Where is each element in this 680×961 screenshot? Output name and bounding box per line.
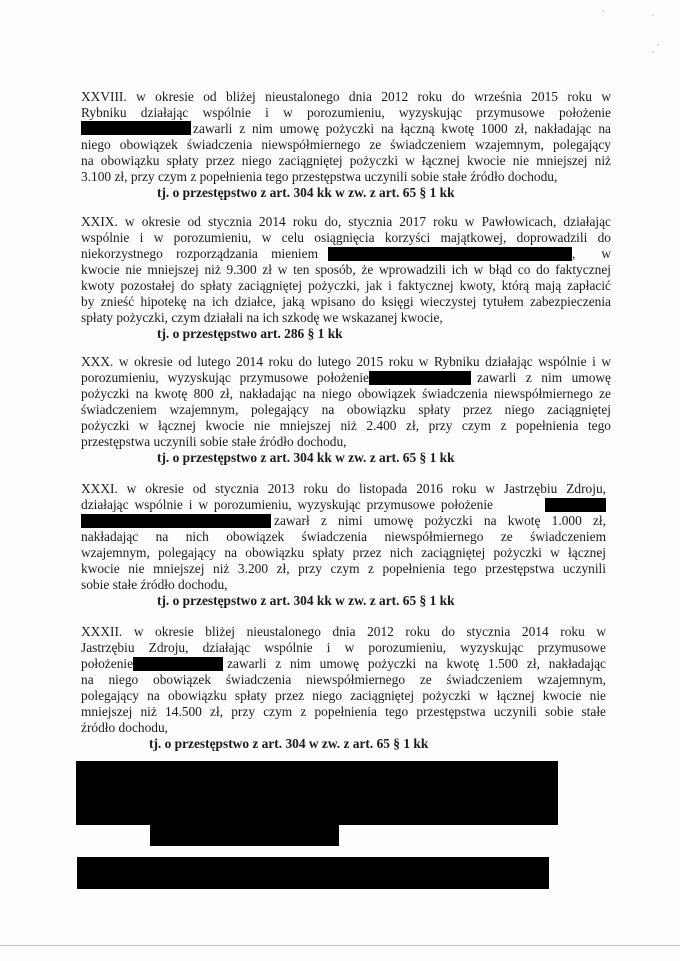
- text-line: mniejszej niż 14.500 zł, przy czym z pop…: [81, 704, 606, 720]
- text-line: niego obowiązek świadczenia niewspółmier…: [81, 137, 611, 153]
- legal-basis: tj. o przestępstwo z art. 304 w zw. z ar…: [149, 736, 679, 752]
- text-line: porozumieniu, wyzyskując przymusowe poło…: [81, 370, 611, 386]
- legal-basis: tj. o przestępstwo z art. 304 kk w zw. z…: [157, 185, 680, 201]
- text-line: pożyczki na kwotę 800 zł, nakładając na …: [81, 386, 611, 402]
- scan-artifact: [652, 14, 654, 16]
- text-line: XXXII. w okresie bliżej nieustalonego dn…: [81, 624, 606, 640]
- legal-basis: tj. o przestępstwo z art. 304 kk w zw. z…: [157, 450, 680, 466]
- text-fragment: zawarli z nim umowę pożyczki na łączną k…: [191, 121, 611, 137]
- scan-artifact: [602, 10, 604, 12]
- text-line: przestępstwa uczynili sobie stałe źródło…: [81, 434, 611, 450]
- redaction-box: [133, 657, 223, 671]
- text-line: wspólnie i w porozumieniu, w celu osiągn…: [81, 230, 611, 246]
- redaction-block: [77, 857, 549, 889]
- text-fragment: porozumieniu, wyzyskując przymusowe poło…: [81, 370, 369, 386]
- text-line: kwoty pozostałej do spłaty zaciągniętej …: [81, 278, 611, 294]
- text-line: sobie stałe źródło dochodu,: [81, 577, 611, 593]
- text-fragment: działając wspólnie i w porozumieniu, wyz…: [81, 497, 493, 513]
- redaction-box: [369, 371, 471, 385]
- redaction-block: [150, 825, 339, 846]
- redaction-box: [545, 498, 606, 512]
- text-line: polegający na obowiązku spłaty przez nie…: [81, 688, 606, 704]
- text-line: źródło dochodu,: [81, 720, 611, 736]
- text-line: na obowiązku spłaty przez niego zaciągni…: [81, 153, 611, 169]
- legal-basis: tj. o przestępstwo z art. 304 kk w zw. z…: [157, 593, 680, 609]
- text-line: zawarli z nim umowę pożyczki na łączną k…: [81, 121, 611, 137]
- text-line: kwocie nie mniejszej niż 9.300 zł w ten …: [81, 262, 611, 278]
- text-line: Rybniku działając wspólnie i w porozumie…: [81, 105, 611, 121]
- text-line: XXX. w okresie od lutego 2014 roku do lu…: [81, 354, 611, 370]
- text-line: XXXI. w okresie od stycznia 2013 roku do…: [81, 481, 606, 497]
- redaction-block: [76, 761, 558, 825]
- text-line: spłaty pożyczki, czym działali na ich sz…: [81, 310, 611, 326]
- redaction-box: [81, 514, 271, 528]
- text-line: kwocie nie mniejszej niż 3.200 zł, przy …: [81, 561, 606, 577]
- text-fragment: położenie: [81, 656, 133, 672]
- scan-artifact: [657, 44, 659, 46]
- text-line: XXVIII. w okresie od bliżej nieustaloneg…: [81, 89, 611, 105]
- scan-artifact: [652, 51, 654, 53]
- text-line: nakładając na nich obowiązek świadczenia…: [81, 529, 606, 545]
- text-line: 3.100 zł, przy czym z popełnienia tego p…: [81, 169, 611, 185]
- text-line: by znieść hipotekę na ich działce, jaką …: [81, 294, 611, 310]
- document-page: XXVIII. w okresie od bliżej nieustaloneg…: [0, 0, 680, 961]
- text-line: Jastrzębiu Zdroju, działając wspólnie i …: [81, 640, 606, 656]
- text-line: pożyczki w łącznej kwocie nie mniejszej …: [81, 418, 611, 434]
- text-line: XXIX. w okresie od stycznia 2014 roku do…: [81, 214, 611, 230]
- text-line: na niego obowiązek świadczenia niewspółm…: [81, 672, 606, 688]
- text-fragment: niekorzystnego rozporządzania mieniem: [81, 246, 318, 262]
- page-bottom-rule: [0, 945, 680, 946]
- text-line: położenie zawarli z nim umowę pożyczki n…: [81, 656, 606, 672]
- text-line: świadczeniem wzajemnym, polegający na ob…: [81, 402, 611, 418]
- redaction-box: [81, 121, 191, 135]
- text-line: wzajemnym, polegający na obowiązku spłat…: [81, 545, 606, 561]
- text-fragment: zawarli z nim umowę: [471, 370, 611, 386]
- legal-basis: tj. o przestępstwo art. 286 § 1 kk: [157, 326, 680, 342]
- text-fragment: zawarli z nim umowę pożyczki na kwotę 1.…: [223, 656, 606, 672]
- text-fragment: , w: [572, 246, 611, 262]
- text-line: zawarł z nimi umowę pożyczki na kwotę 1.…: [81, 513, 606, 529]
- text-fragment: zawarł z nimi umowę pożyczki na kwotę 1.…: [271, 513, 606, 529]
- redaction-box: [328, 247, 572, 261]
- text-line: niekorzystnego rozporządzania mieniem , …: [81, 246, 611, 262]
- text-line: działając wspólnie i w porozumieniu, wyz…: [81, 497, 606, 513]
